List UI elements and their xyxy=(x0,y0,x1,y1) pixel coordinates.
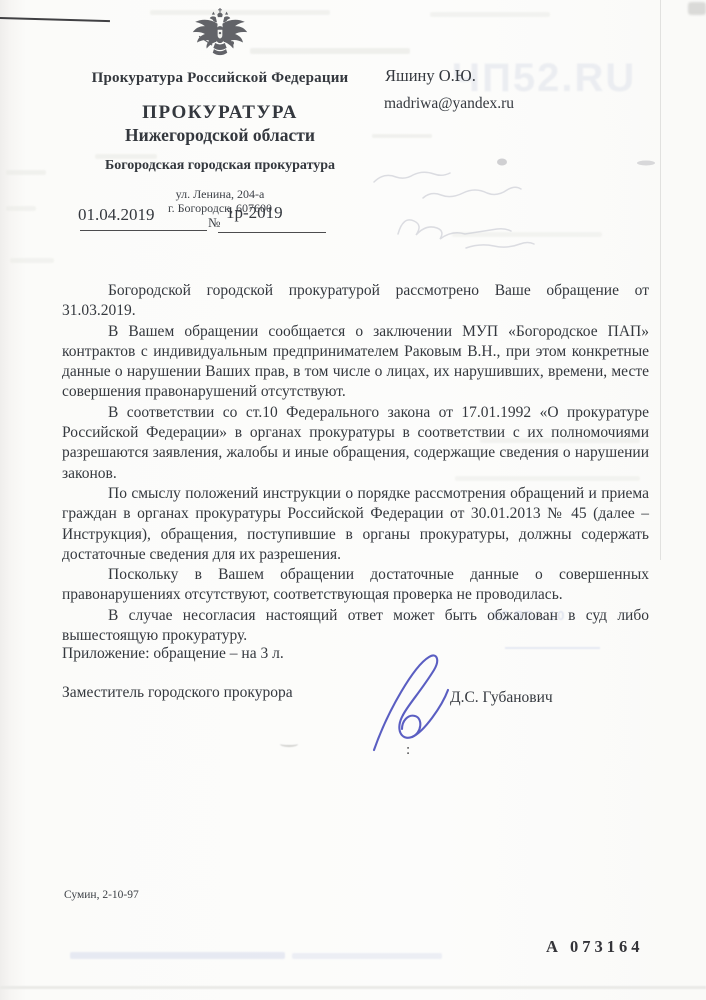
org-name-line2: Нижегородской области xyxy=(55,125,385,146)
scan-smudge-artifact xyxy=(688,2,706,15)
scanned-letter-page: ЧП52.RU 01 АПР 20 xyxy=(0,0,706,1000)
bleed-through-artifact xyxy=(10,258,54,263)
body-paragraph: В соответствии со ст.10 Федерального зак… xyxy=(62,403,649,484)
scan-edge-artifact xyxy=(0,986,706,989)
signer-position: Заместитель городского прокурора xyxy=(62,684,293,702)
org-name-line1: ПРОКУРАТУРА xyxy=(55,102,385,124)
coat-of-arms-icon xyxy=(189,8,251,66)
pencil-handwriting-artifact xyxy=(368,148,658,263)
recipient-name: Яшину О.Ю. xyxy=(385,66,476,86)
org-address-street: ул. Ленина, 204-а xyxy=(55,187,385,201)
body-paragraph: По смыслу положений инструкции о порядке… xyxy=(62,484,649,565)
bleed-through-artifact xyxy=(70,952,285,959)
body-paragraph: Поскольку в Вашем обращении достаточные … xyxy=(62,565,649,606)
bleed-through-artifact xyxy=(6,170,46,175)
number-underline xyxy=(218,232,326,233)
signer-name: Д.С. Губанович xyxy=(450,689,553,707)
org-federation-title: Прокуратура Российской Федерации xyxy=(55,70,385,87)
scan-smudge-artifact xyxy=(280,741,298,747)
bleed-through-artifact xyxy=(430,12,550,17)
body-paragraph: Богородской городской прокуратурой рассм… xyxy=(62,281,649,322)
org-subdivision: Богородская городская прокуратура xyxy=(55,158,385,174)
executor-contact: Сумин, 2-10-97 xyxy=(64,889,139,901)
form-serial-number: А 073164 xyxy=(546,937,644,957)
bleed-through-artifact xyxy=(6,206,36,211)
number-sign: № xyxy=(208,215,220,231)
letter-date: 01.04.2019 xyxy=(78,205,155,225)
stray-colon-artifact: : xyxy=(406,742,410,759)
scan-edge-artifact xyxy=(660,0,661,560)
bleed-through-artifact xyxy=(292,953,442,959)
date-underline xyxy=(80,230,207,231)
stamp-bleed-artifact xyxy=(505,647,600,649)
letter-body: Богородской городской прокуратурой рассм… xyxy=(62,281,649,646)
body-paragraph: В Вашем обращении сообщается о заключени… xyxy=(62,322,649,403)
attachment-line: Приложение: обращение – на 3 л. xyxy=(62,645,284,663)
letterhead: Прокуратура Российской Федерации ПРОКУРА… xyxy=(55,8,385,215)
letter-number: 1р-2019 xyxy=(226,203,283,223)
recipient-email: madriwa@yandex.ru xyxy=(384,95,514,113)
body-paragraph: В случае несогласия настоящий ответ може… xyxy=(62,606,649,647)
